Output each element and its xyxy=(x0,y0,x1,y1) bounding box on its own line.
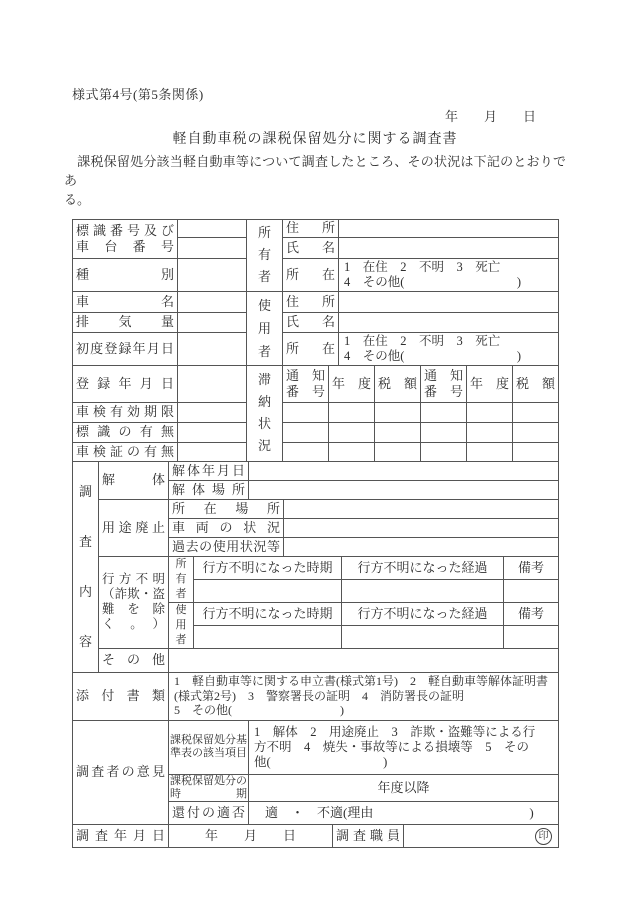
delinquency-cell xyxy=(421,422,467,442)
header-date-line: 年 月 日 xyxy=(0,106,630,125)
refund-content: 適 ・ 不適(理由 ) xyxy=(249,801,559,824)
missing-owner-note-header: 備考 xyxy=(504,556,559,579)
first-registration-value xyxy=(178,332,247,365)
owner-location-options: 1 在住 2 不明 3 死亡 4 その他( ) xyxy=(339,258,559,291)
missing-owner-when-header: 行方不明になった時期 xyxy=(194,556,342,579)
plate-presence-value xyxy=(178,422,247,442)
notice-number-header-1: 通知 番号 xyxy=(283,365,329,402)
missing-user-when-value xyxy=(194,625,342,648)
missing-owner-how-value xyxy=(342,579,504,602)
vehicle-type-value xyxy=(178,258,247,291)
vehicle-type-label: 種別 xyxy=(73,258,178,291)
delinquency-cell xyxy=(513,402,559,422)
dismantle-date-value xyxy=(249,461,559,480)
delinquency-cell xyxy=(421,402,467,422)
amount-header-1: 税額 xyxy=(375,365,421,402)
attachments-content: 1 軽自動車等に関する申立書(様式第1号) 2 軽自動車等解体証明書 (様式第2… xyxy=(169,672,559,720)
displacement-label: 排気量 xyxy=(73,312,178,332)
plate-presence-label: 標識の有無 xyxy=(73,422,178,442)
sign-number-label: 標識番号及び 車台番号 xyxy=(73,219,178,258)
notice-number-header-2: 通知 番号 xyxy=(421,365,467,402)
tax-delinquency-table: 登録年月日 滞納状況 通知 番号 年度 税額 通知 番号 年度 税額 車検有効期… xyxy=(72,365,559,462)
dismantle-label: 解体 xyxy=(99,461,169,499)
survey-date-label: 調査年月日 xyxy=(73,824,169,847)
missing-user-how-value xyxy=(342,625,504,648)
delinquency-cell xyxy=(467,422,513,442)
seal-mark-icon: 印 xyxy=(535,828,552,845)
missing-user-label-text: 使用者 xyxy=(175,603,187,648)
page-title: 軽自動車税の課税保留処分に関する調査書 xyxy=(0,128,630,148)
survey-date-value: 年 月 日 xyxy=(169,824,333,847)
missing-owner-label: 所有者 xyxy=(169,556,194,602)
survey-content-table: 調査内容 解体 解体年月日 解体場所 用途廃止 所在場所 車両の状況 過去の使用… xyxy=(72,461,559,673)
delinquency-cell xyxy=(513,442,559,461)
inspection-cert-label: 車検証の有無 xyxy=(73,442,178,461)
delinquency-cell xyxy=(421,442,467,461)
delinquency-cell xyxy=(329,422,375,442)
missing-user-note-value xyxy=(504,625,559,648)
user-address-value xyxy=(339,291,559,312)
owner-section-label: 所有者 xyxy=(247,219,283,291)
delinquency-cell xyxy=(513,422,559,442)
delinquency-section-label: 滞納状況 xyxy=(247,365,283,461)
displacement-value xyxy=(178,312,247,332)
user-label-text: 使用者 xyxy=(257,294,271,363)
owner-location-label: 所在 xyxy=(283,258,339,291)
survey-other-value xyxy=(169,648,559,672)
opinion-label: 調査者の意見 xyxy=(73,720,169,824)
vehicle-name-label: 車名 xyxy=(73,291,178,312)
year-header-2: 年度 xyxy=(467,365,513,402)
owner-name-value xyxy=(339,237,559,258)
registration-date-value xyxy=(178,365,247,402)
disuse-history-value xyxy=(284,537,559,556)
delinquency-cell xyxy=(375,442,421,461)
delinquency-cell xyxy=(467,442,513,461)
chassis-number-value xyxy=(178,237,247,258)
attachments-label: 添付書類 xyxy=(73,672,169,720)
delinquency-cell xyxy=(375,402,421,422)
owner-address-value xyxy=(339,219,559,237)
disuse-location-label: 所在場所 xyxy=(169,499,284,518)
criteria-label: 課税保留処分基 準表の該当項目 xyxy=(169,720,249,774)
vehicle-name-value xyxy=(178,291,247,312)
survey-date-table: 調査年月日 年 月 日 調査職員 印 xyxy=(72,824,559,848)
owner-label-text: 所有者 xyxy=(257,222,271,288)
first-registration-label: 初度登録年月日 xyxy=(73,332,178,365)
survey-other-label: その他 xyxy=(99,648,169,672)
missing-user-how-header: 行方不明になった経過 xyxy=(342,602,504,625)
inspection-cert-value xyxy=(178,442,247,461)
owner-name-label: 氏名 xyxy=(283,237,339,258)
delinquency-cell xyxy=(329,402,375,422)
survey-section-label: 調査内容 xyxy=(73,461,99,672)
attachments-table: 添付書類 1 軽自動車等に関する申立書(様式第1号) 2 軽自動車等解体証明書 … xyxy=(72,672,559,721)
year-header-1: 年度 xyxy=(329,365,375,402)
dismantle-place-label: 解体場所 xyxy=(169,480,249,499)
opinion-table: 調査者の意見 課税保留処分基 準表の該当項目 1 解体 2 用途廃止 3 詐欺・… xyxy=(72,720,559,825)
disuse-history-label: 過去の使用状況等 xyxy=(169,537,284,556)
user-section-label: 使用者 xyxy=(247,291,283,365)
intro-paragraph: 課税保留処分該当軽自動車等について調査したところ、その状況は下記のとおりであ る… xyxy=(64,153,566,210)
user-location-label: 所在 xyxy=(283,332,339,365)
disuse-condition-label: 車両の状況 xyxy=(169,518,284,537)
disuse-condition-value xyxy=(284,518,559,537)
form-number: 様式第4号(第5条関係) xyxy=(0,0,630,103)
staff-signature-cell: 印 xyxy=(404,824,559,847)
missing-owner-how-header: 行方不明になった経過 xyxy=(342,556,504,579)
missing-owner-label-text: 所有者 xyxy=(175,557,187,602)
form-page: 様式第4号(第5条関係) 年 月 日 軽自動車税の課税保留処分に関する調査書 課… xyxy=(0,0,630,915)
missing-user-when-header: 行方不明になった時期 xyxy=(194,602,342,625)
timing-content: 年度以降 xyxy=(249,774,559,801)
missing-label: 行方不明 （詐欺・盗 難を除 く。） xyxy=(99,556,169,648)
delinquency-label-text: 滞納状況 xyxy=(257,369,271,457)
disuse-location-value xyxy=(284,499,559,518)
delinquency-cell xyxy=(283,422,329,442)
user-name-label: 氏名 xyxy=(283,312,339,332)
disuse-label: 用途廃止 xyxy=(99,499,169,556)
owner-address-label: 住所 xyxy=(283,219,339,237)
dismantle-place-value xyxy=(249,480,559,499)
user-location-options: 1 在住 2 不明 3 死亡 4 その他( ) xyxy=(339,332,559,365)
refund-label: 還付の適否 xyxy=(169,801,249,824)
missing-owner-when-value xyxy=(194,579,342,602)
survey-label-text: 調査内容 xyxy=(78,467,92,667)
sign-number-value xyxy=(178,219,247,237)
user-address-label: 住所 xyxy=(283,291,339,312)
inspection-expiry-label: 車検有効期限 xyxy=(73,402,178,422)
user-name-value xyxy=(339,312,559,332)
missing-user-label: 使用者 xyxy=(169,602,194,648)
amount-header-2: 税額 xyxy=(513,365,559,402)
delinquency-cell xyxy=(283,402,329,422)
criteria-content: 1 解体 2 用途廃止 3 詐欺・盗難等による行 方不明 4 焼失・事故等による… xyxy=(249,720,559,774)
delinquency-cell xyxy=(375,422,421,442)
vehicle-owner-table: 標識番号及び 車台番号 所有者 住所 氏名 種別 所在 1 在住 2 不明 3 … xyxy=(72,219,559,366)
dismantle-date-label: 解体年月日 xyxy=(169,461,249,480)
delinquency-cell xyxy=(467,402,513,422)
staff-label: 調査職員 xyxy=(333,824,404,847)
missing-owner-note-value xyxy=(504,579,559,602)
missing-user-note-header: 備考 xyxy=(504,602,559,625)
registration-date-label: 登録年月日 xyxy=(73,365,178,402)
inspection-expiry-value xyxy=(178,402,247,422)
delinquency-cell xyxy=(283,442,329,461)
delinquency-cell xyxy=(329,442,375,461)
timing-label: 課税保留処分の 時期 xyxy=(169,774,249,801)
